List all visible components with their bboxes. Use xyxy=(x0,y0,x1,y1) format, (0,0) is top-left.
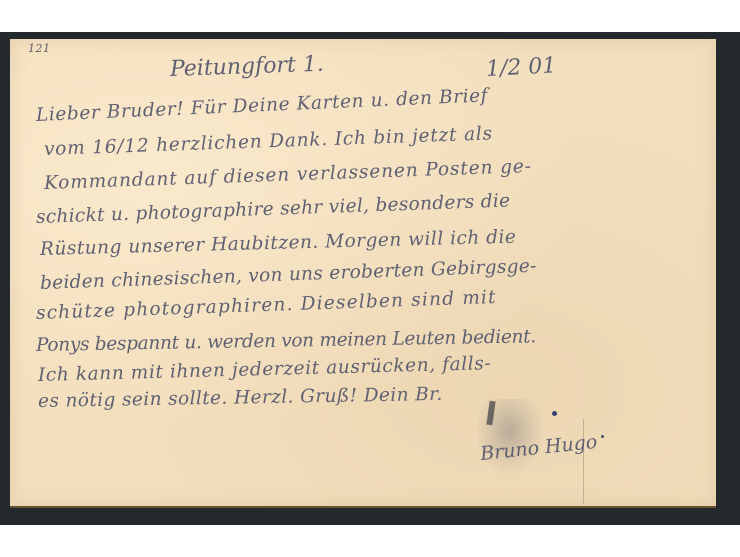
letter-line: Ponys bespannt u. werden von meinen Leut… xyxy=(36,326,536,356)
letter-line: es nötig sein sollte. Herzl. Gruß! Dein … xyxy=(38,384,443,412)
heading-place: Peitungfort 1. xyxy=(170,52,325,82)
ink-blot xyxy=(601,435,604,438)
letter-line: Kommandant auf diesen verlassenen Posten… xyxy=(44,156,533,194)
card-number: 121 xyxy=(28,42,51,55)
letter-line: Ich kann mit ihnen jederzeit ausrücken, … xyxy=(38,353,492,386)
ink-blot xyxy=(552,411,557,416)
letter-line: schickt u. photographire sehr viel, beso… xyxy=(36,190,511,228)
heading-date: 1/2 01 xyxy=(485,53,557,82)
letter-line: vom 16/12 herzlichen Dank. Ich bin jetzt… xyxy=(44,123,494,160)
letter-line: schütze photographiren. Dieselben sind m… xyxy=(36,287,497,324)
postcard: 121 Peitungfort 1. 1/2 01 Lieber Bruder!… xyxy=(10,39,716,508)
letter-line: Lieber Bruder! Für Deine Karten u. den B… xyxy=(36,85,489,126)
letter-line: Rüstung unserer Haubitzen. Morgen will i… xyxy=(40,227,517,260)
